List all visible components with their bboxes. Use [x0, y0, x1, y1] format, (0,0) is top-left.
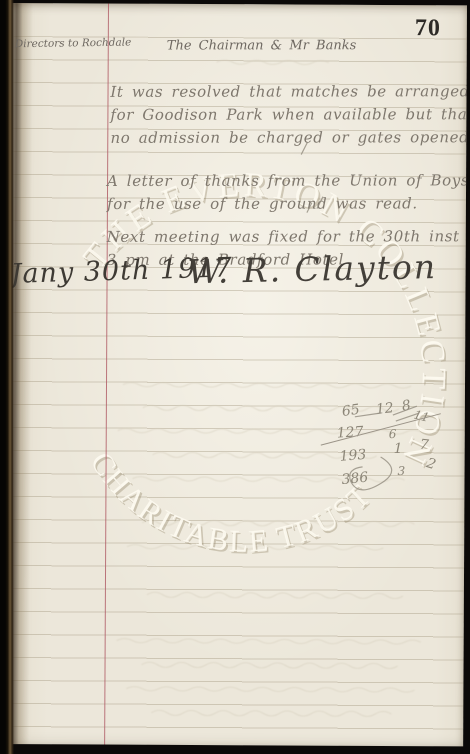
- book-binding-edge: [0, 0, 14, 754]
- minutes-line: A letter of thanks from the Union of Boy…: [107, 169, 467, 193]
- watermark-bottom-arc: CHARITABLE TRUST: [74, 442, 381, 576]
- minutes-line: It was resolved that matches be arranged: [110, 80, 467, 104]
- pencil-figure: 1: [394, 441, 403, 457]
- minutes-line: Next meeting was fixed for the 30th inst…: [107, 225, 467, 249]
- margin-note: Directors to Rochdale: [15, 36, 132, 50]
- chairman-signature: W. R. Clayton: [187, 247, 437, 291]
- pencil-figure: 12: [375, 400, 394, 418]
- pencil-figure: 3: [398, 464, 406, 478]
- minutes-line: for the use of the ground was read.: [107, 192, 467, 216]
- minutes-line: for Goodison Park when available but tha…: [110, 103, 467, 127]
- minutes-paragraph-2: A letter of thanks from the Union of Boy…: [107, 169, 467, 216]
- pencil-figure: 7: [419, 437, 430, 454]
- pencil-figure: 193: [339, 447, 367, 465]
- entry-header: The Chairman & Mr Banks: [167, 38, 357, 53]
- page-number: 70: [415, 15, 441, 42]
- paper-page: THE EVERTON COLLECTION CHARITABLE TRUST …: [1, 3, 467, 746]
- pencil-figure: 65: [341, 402, 361, 420]
- minutes-line: no admission be charged or gates opened: [110, 126, 467, 150]
- minutes-paragraph-1: It was resolved that matches be arranged…: [110, 80, 467, 150]
- pencil-figure: 6: [389, 427, 397, 441]
- svg-text:CHARITABLE TRUST: CHARITABLE TRUST: [74, 442, 381, 576]
- pencil-figure: 386: [341, 470, 369, 489]
- scanned-minute-book-page: THE EVERTON COLLECTION CHARITABLE TRUST …: [0, 0, 470, 754]
- show-through-ghost-writing: [116, 60, 423, 717]
